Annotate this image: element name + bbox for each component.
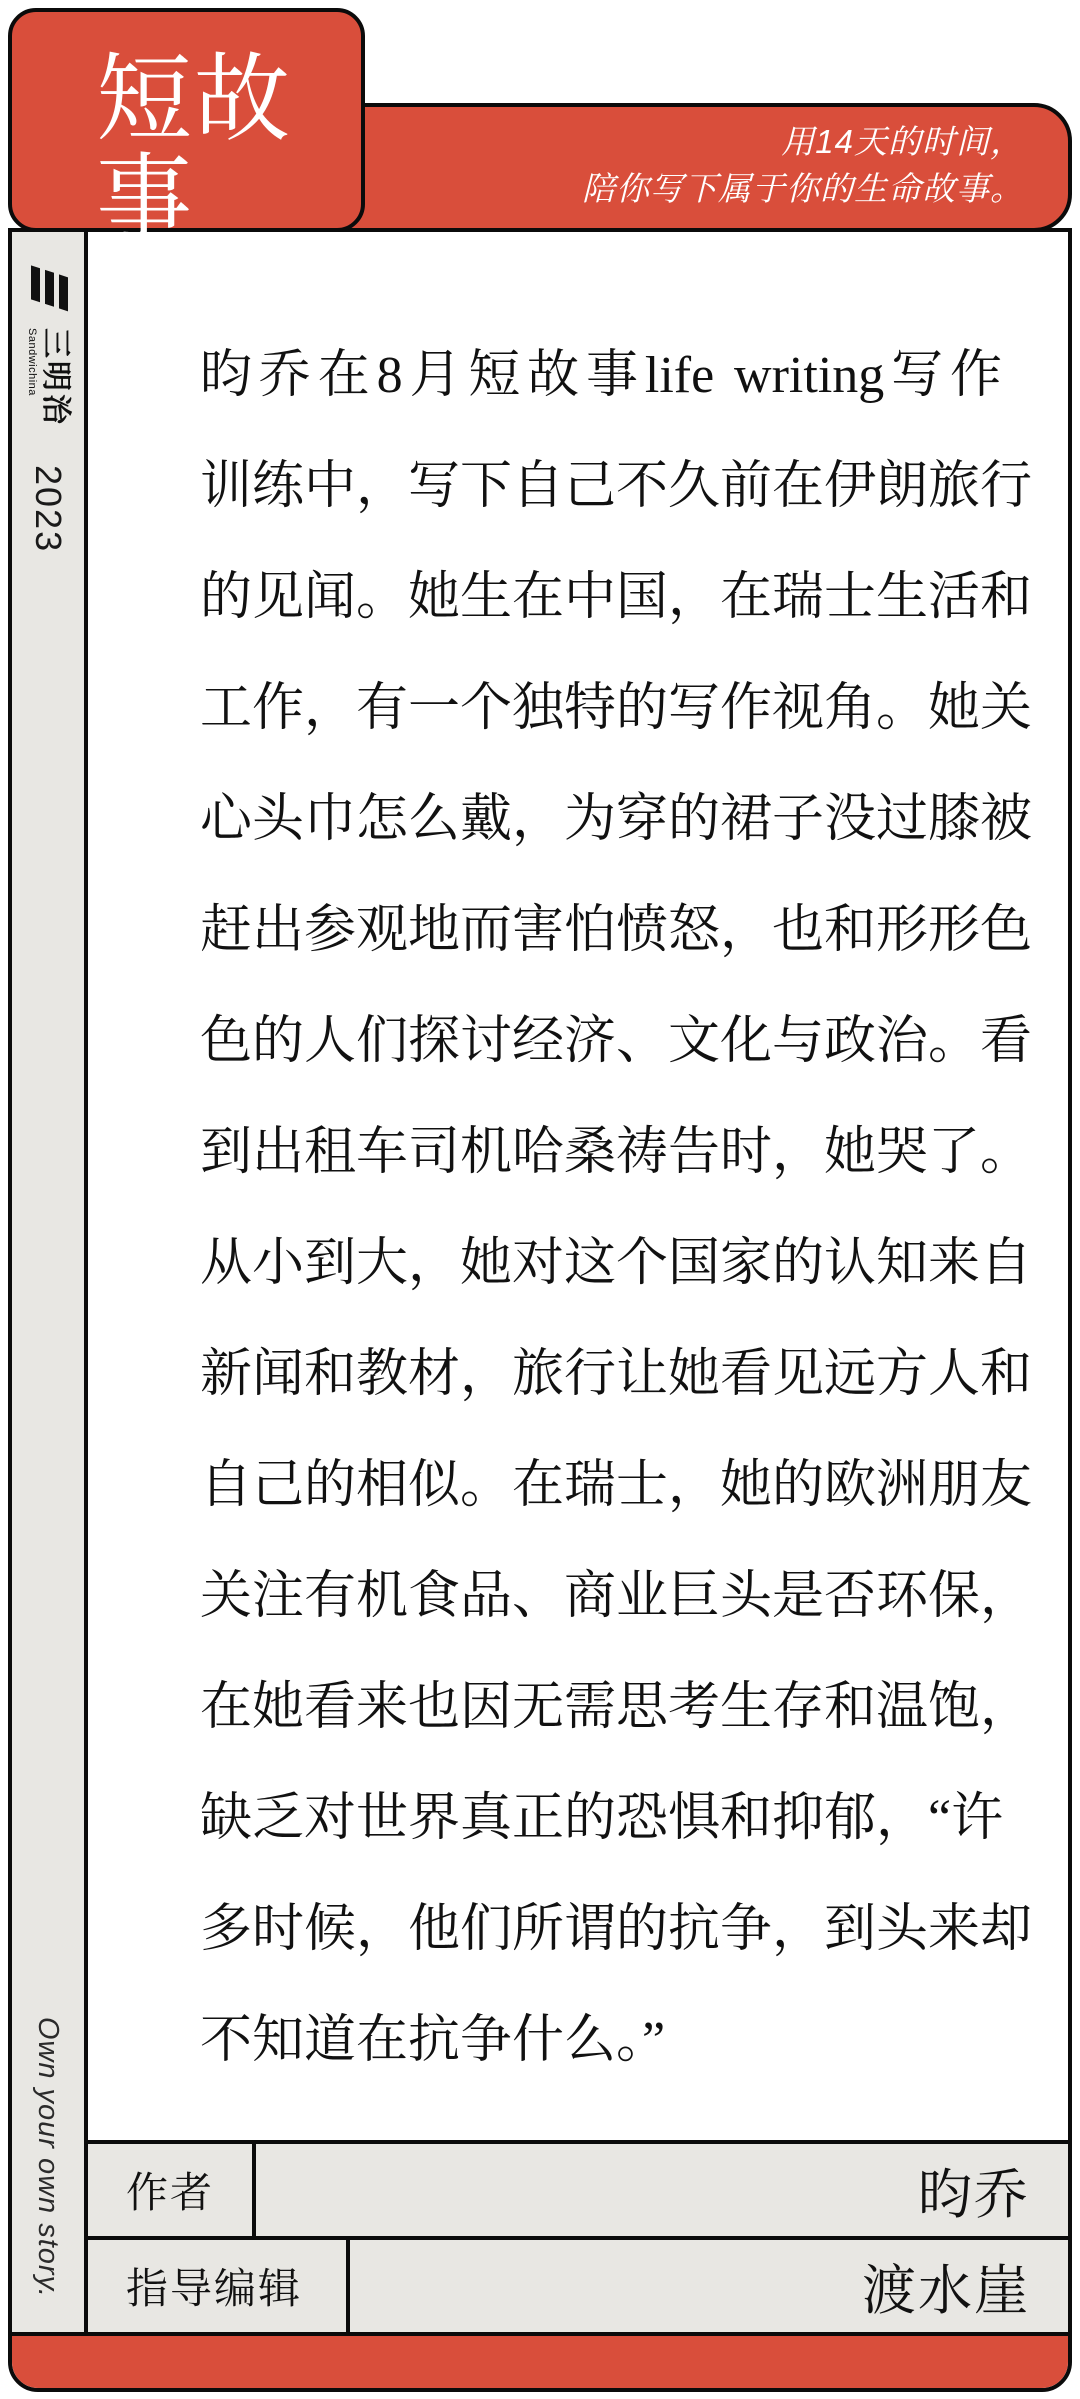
tagline-line-1: 用14天的时间， xyxy=(781,118,1024,165)
text-line: 新闻和教材，旅行让她看见远方人和 xyxy=(200,1319,1002,1430)
text-line: 从小到大，她对这个国家的认知来自 xyxy=(200,1208,1002,1319)
publisher-name-cn: 三明治 xyxy=(40,328,70,427)
publisher-name-en: Sandwichina xyxy=(26,328,37,396)
card-body: 三明治 Sandwichina 2023 Own your own story.… xyxy=(12,232,1068,2332)
text-line: 缺乏对世界真正的恐惧和抑郁，“许 xyxy=(200,1763,1002,1874)
tagline-line-2: 陪你写下属于你的生命故事。 xyxy=(582,165,1024,212)
sidebar: 三明治 Sandwichina 2023 Own your own story. xyxy=(12,232,88,2332)
sidebar-slogan: Own your own story. xyxy=(32,2017,65,2298)
story-card: 三明治 Sandwichina 2023 Own your own story.… xyxy=(8,228,1072,2392)
year-label: 2023 xyxy=(27,465,69,553)
meta-row-editor: 指导编辑 渡水崖 xyxy=(88,2236,1068,2332)
logo-box: 短故事 LIFE WRITING xyxy=(8,8,365,232)
text-line: 多时候，他们所谓的抗争，到头来却 xyxy=(200,1874,1002,1985)
text-line: 不知道在抗争什么。” xyxy=(200,1985,1002,2096)
text-line: 工作，有一个独特的写作视角。她关 xyxy=(200,653,1002,764)
logo-title: 短故事 xyxy=(96,50,361,250)
publisher-block: 三明治 Sandwichina xyxy=(26,328,70,427)
logo-subtitle: LIFE WRITING xyxy=(96,258,361,350)
author-label: 作者 xyxy=(88,2144,256,2236)
footer-bar xyxy=(12,2332,1068,2388)
author-value: 昀乔 xyxy=(256,2144,1068,2236)
text-line: 的见闻。她生在中国，在瑞士生活和 xyxy=(200,542,1002,653)
text-line: 在她看来也因无需思考生存和温饱， xyxy=(200,1652,1002,1763)
editor-value: 渡水崖 xyxy=(350,2240,1068,2332)
text-line: 关注有机食品、商业巨头是否环保， xyxy=(200,1541,1002,1652)
text-line: 色的人们探讨经济、文化与政治。看 xyxy=(200,986,1002,1097)
tagline-bar: 用14天的时间， 陪你写下属于你的生命故事。 xyxy=(340,103,1072,232)
poster: 用14天的时间， 陪你写下属于你的生命故事。 短故事 LIFE WRITING xyxy=(0,0,1080,2399)
sandwich-logo-icon xyxy=(26,264,70,312)
sidebar-rotated-content: 三明治 Sandwichina 2023 Own your own story. xyxy=(12,232,84,2332)
text-line: 心头巾怎么戴，为穿的裙子没过膝被 xyxy=(200,764,1002,875)
text-line: 训练中，写下自己不久前在伊朗旅行 xyxy=(200,431,1002,542)
text-line: 自己的相似。在瑞士，她的欧洲朋友 xyxy=(200,1430,1002,1541)
text-line: 到出租车司机哈桑祷告时，她哭了。 xyxy=(200,1097,1002,1208)
main-panel: 昀乔在8月短故事life writing写作 训练中，写下自己不久前在伊朗旅行 … xyxy=(88,232,1068,2332)
editor-label: 指导编辑 xyxy=(88,2240,350,2332)
article-text: 昀乔在8月短故事life writing写作 训练中，写下自己不久前在伊朗旅行 … xyxy=(88,232,1068,2140)
meta-row-author: 作者 昀乔 xyxy=(88,2140,1068,2236)
text-line: 赶出参观地而害怕愤怒，也和形形色 xyxy=(200,875,1002,986)
